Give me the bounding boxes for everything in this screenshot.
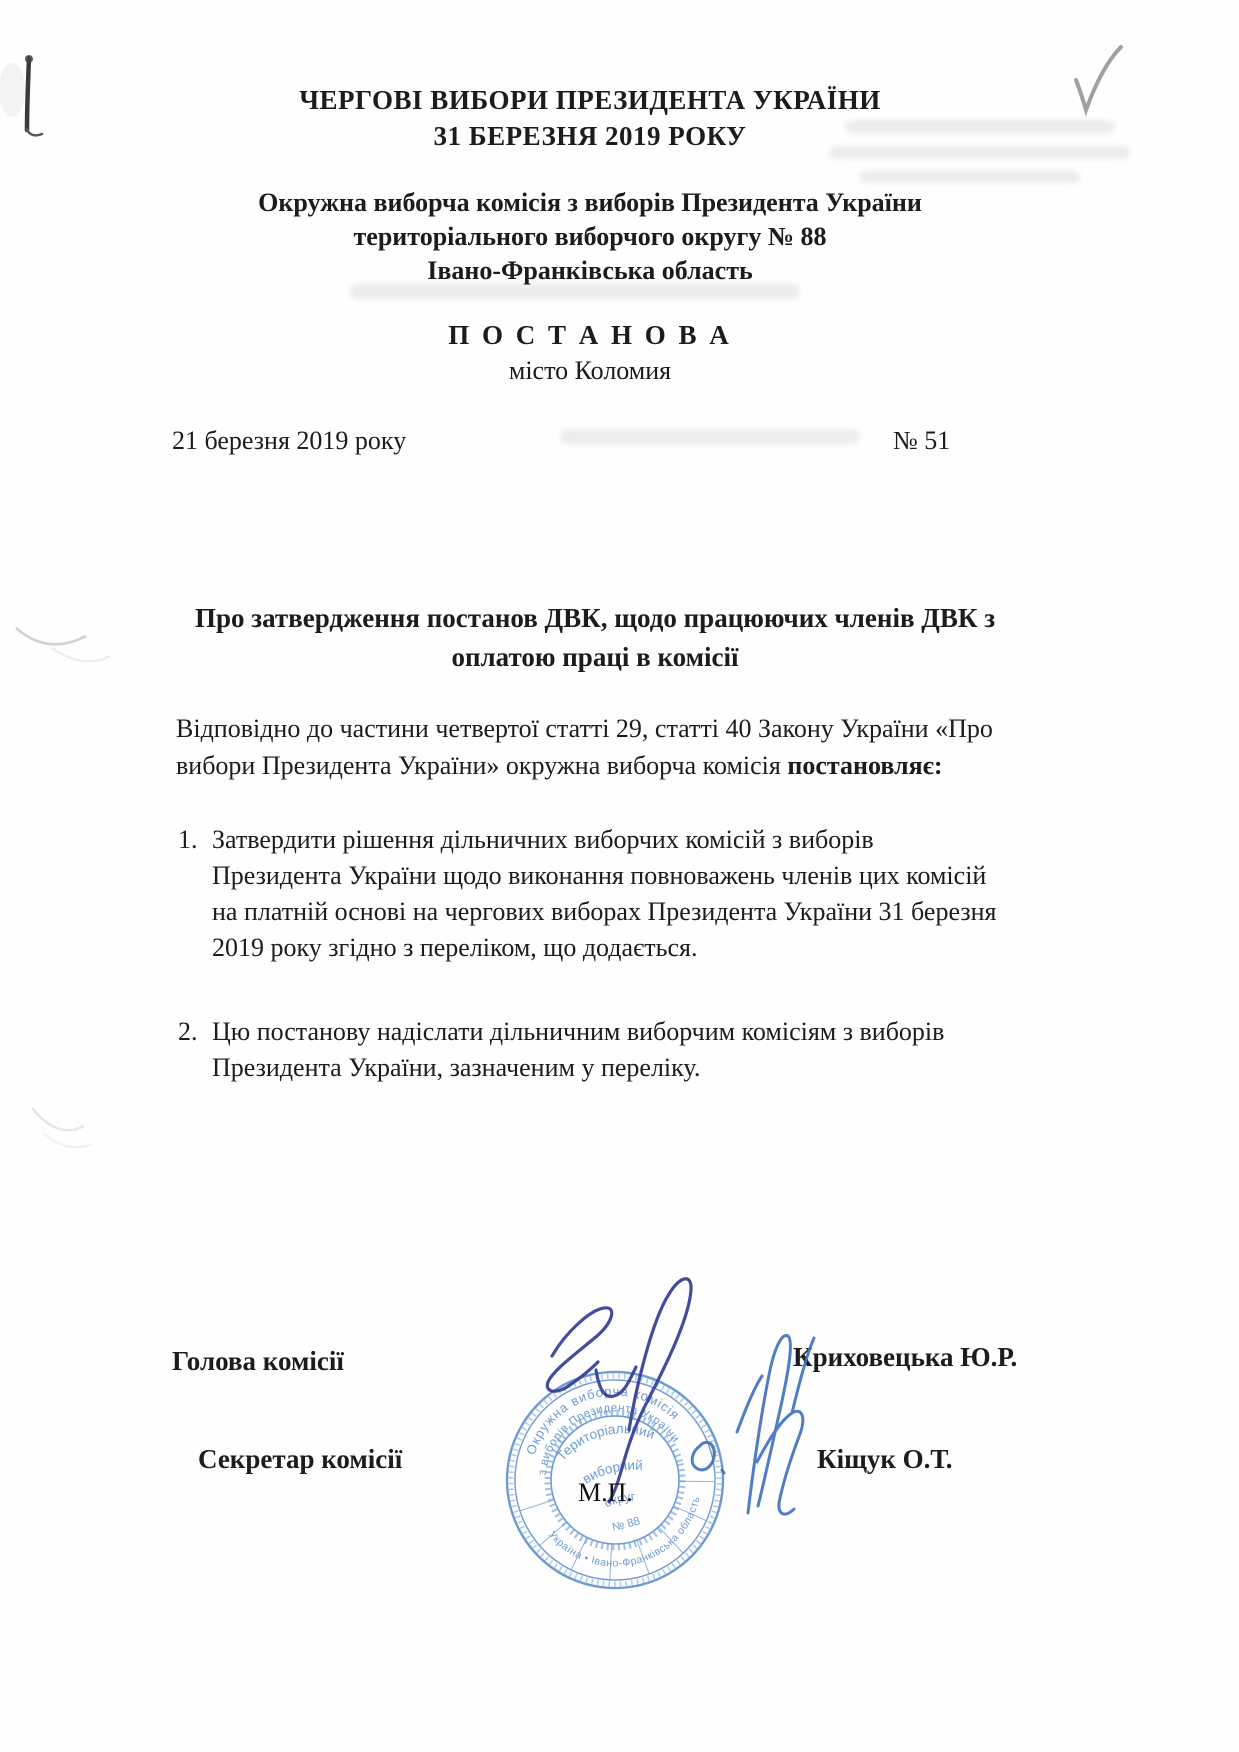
document-date: 21 березня 2019 року bbox=[172, 426, 406, 456]
chairman-signature bbox=[547, 1279, 691, 1502]
commission-name: Окружна виборча комісія з виборів Презид… bbox=[160, 186, 1020, 288]
chairman-name: Криховецька Ю.Р. bbox=[793, 1342, 1017, 1373]
city-line: місто Коломия bbox=[160, 356, 1020, 386]
item-number: 2. bbox=[178, 1014, 198, 1050]
scanned-resolution-page: ЧЕРГОВІ ВИБОРИ ПРЕЗИДЕНТА УКРАЇНИ 31 БЕР… bbox=[0, 0, 1239, 1752]
item-text: Цю постанову надіслати дільничним виборч… bbox=[212, 1014, 1088, 1086]
election-header: ЧЕРГОВІ ВИБОРИ ПРЕЗИДЕНТА УКРАЇНИ 31 БЕР… bbox=[160, 82, 1020, 154]
document-number: № 51 bbox=[893, 426, 950, 456]
item-number: 1. bbox=[178, 822, 198, 858]
stamp-ring-text-2: з виборів Президента України bbox=[524, 1386, 683, 1478]
scan-artifact-mark bbox=[0, 55, 42, 135]
stamp-center-text-4: № 88 bbox=[611, 1515, 641, 1533]
resolution-title: Про затвердження постанов ДВК, щодо прац… bbox=[170, 599, 1020, 677]
secretary-title-label: Секретар комісії bbox=[198, 1444, 402, 1475]
bleedthrough-artifact bbox=[860, 171, 1080, 183]
seal-place-mark: М.П. bbox=[578, 1478, 633, 1508]
chairman-title-label: Голова комісії bbox=[172, 1346, 344, 1377]
stamp-ring-text-1: Окружна виборча комісія bbox=[512, 1366, 685, 1459]
secretary-name: Кіщук О.Т. bbox=[817, 1444, 953, 1475]
preamble-resolves-word: постановляє: bbox=[787, 751, 942, 780]
bleedthrough-artifact bbox=[560, 430, 860, 444]
stamp-center-text-1: Територіальний bbox=[549, 1411, 659, 1466]
checkmark-icon bbox=[1076, 47, 1121, 110]
preamble-paragraph: Відповідно до частини четвертої статті 2… bbox=[176, 710, 1076, 784]
resolution-item-1: 1. Затвердити рішення дільничних виборчи… bbox=[178, 822, 1088, 966]
resolution-item-2: 2. Цю постанову надіслати дільничним виб… bbox=[178, 1014, 1088, 1086]
document-type-heading: П О С Т А Н О В А bbox=[160, 320, 1020, 351]
item-text: Затвердити рішення дільничних виборчих к… bbox=[212, 822, 1088, 966]
scan-artifact-curve bbox=[16, 628, 110, 1147]
